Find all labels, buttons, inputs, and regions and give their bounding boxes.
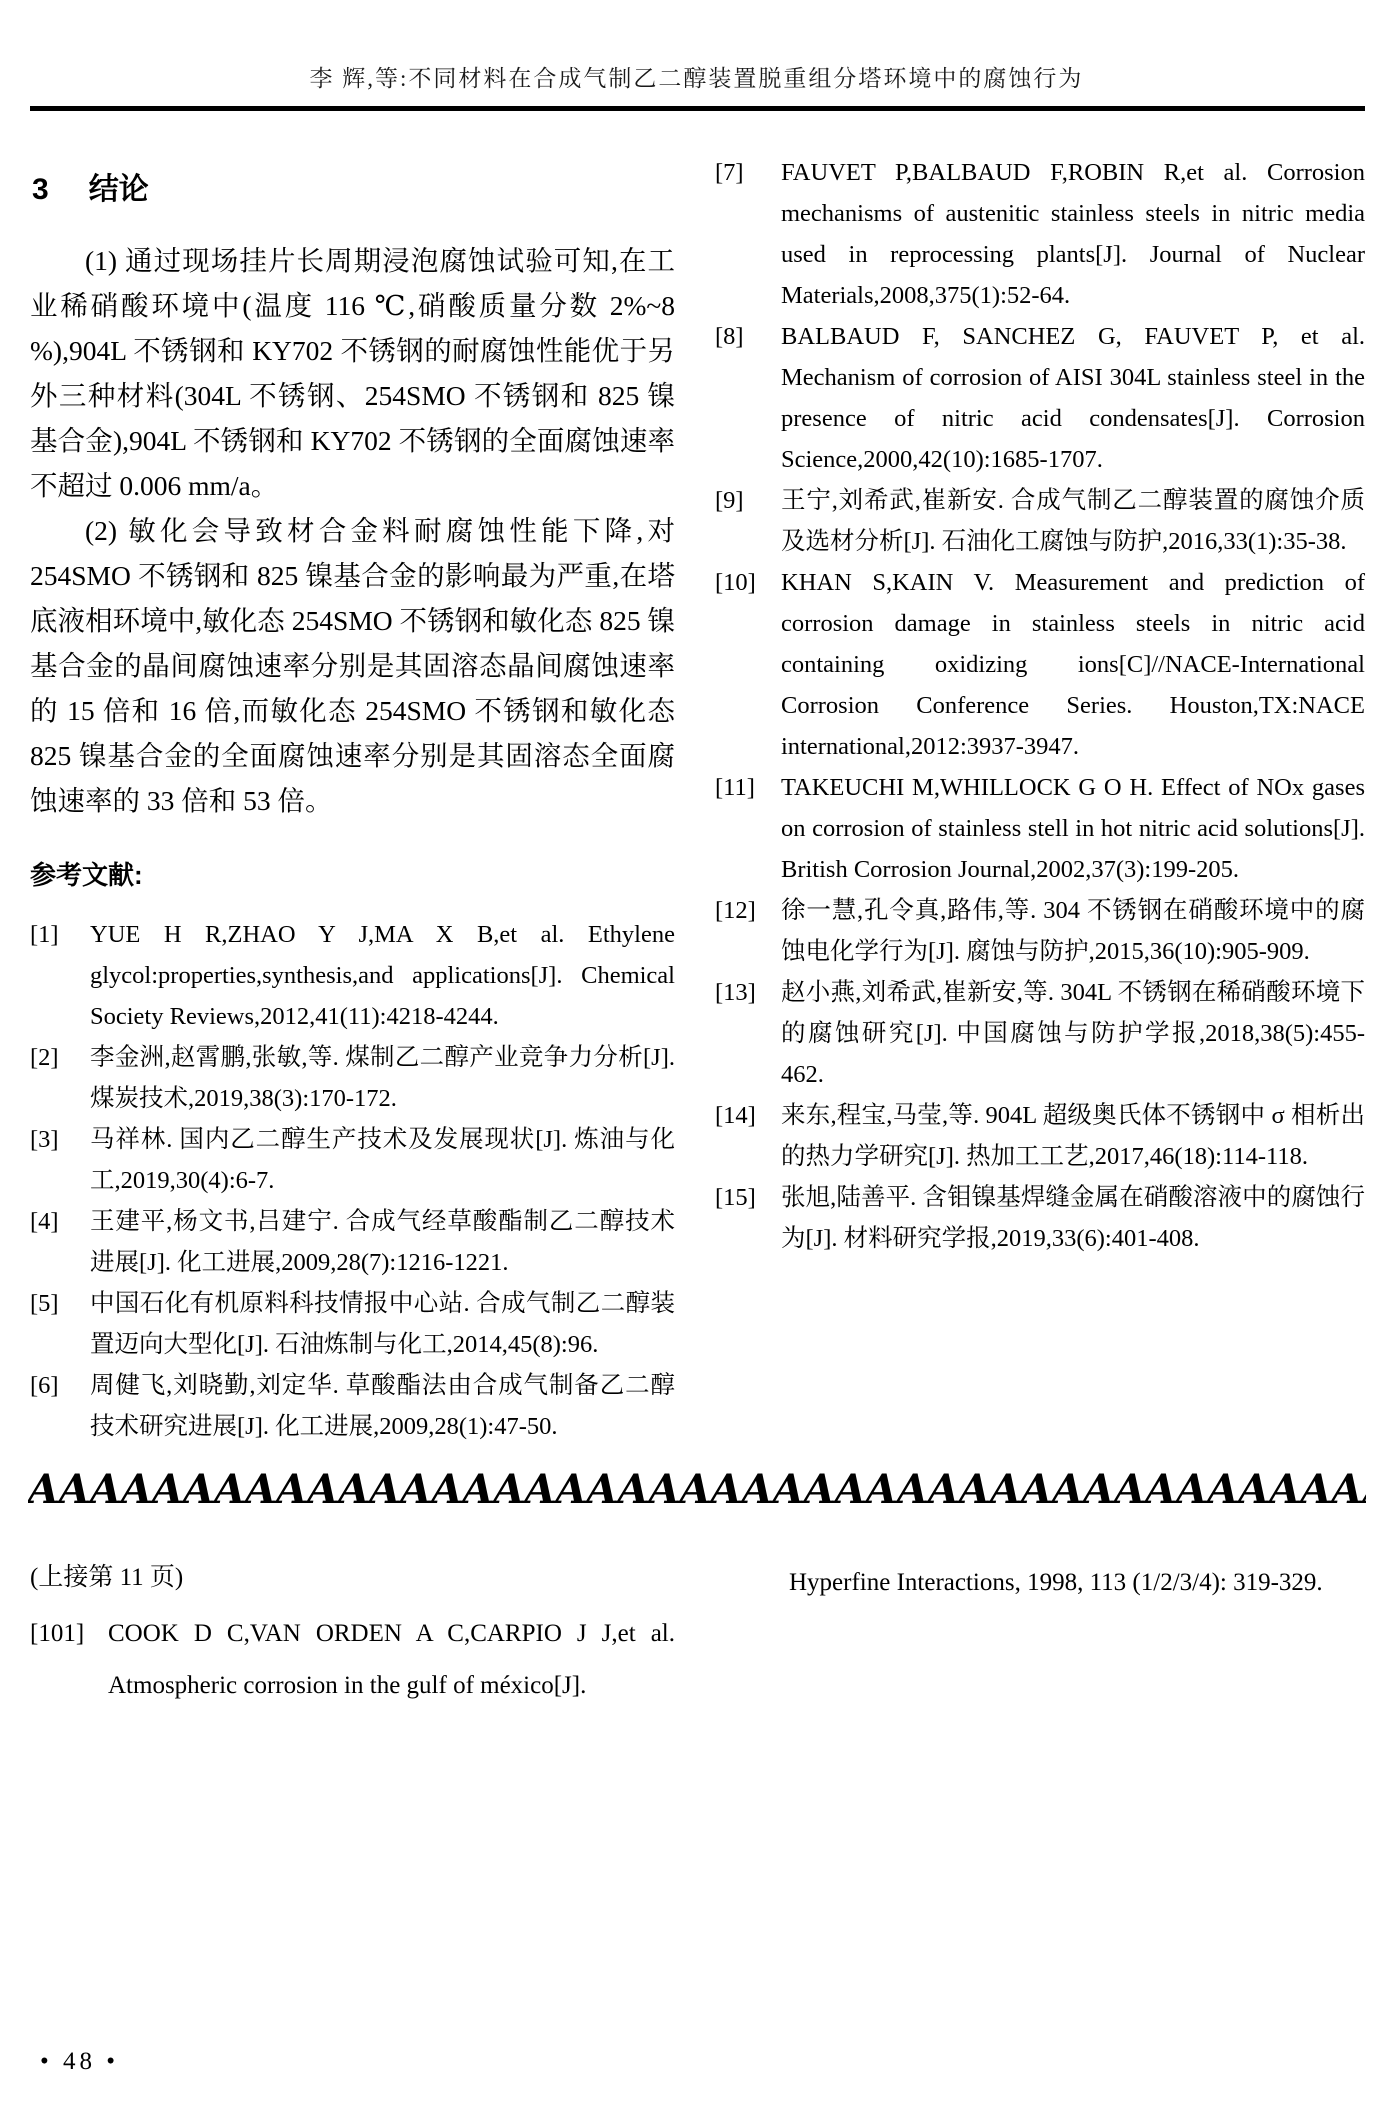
reference-number: [15] xyxy=(715,1177,756,1218)
reference-item-5: [5] 中国石化有机原料科技情报中心站. 合成气制乙二醇装置迈向大型化[J]. … xyxy=(30,1283,675,1365)
two-column-body: 3 结论 (1) 通过现场挂片长周期浸泡腐蚀试验可知,在工业稀硝酸环境中(温度 … xyxy=(30,148,1365,1447)
reference-number: [101] xyxy=(30,1608,84,1660)
reference-number: [7] xyxy=(715,152,744,193)
reference-text: 赵小燕,刘希武,崔新安,等. 304L 不锈钢在稀硝酸环境下的腐蚀研究[J]. … xyxy=(781,979,1365,1088)
reference-text: KHAN S,KAIN V. Measurement and predictio… xyxy=(781,569,1365,760)
references-heading: 参考文献: xyxy=(30,855,675,892)
reference-text: 周健飞,刘晓勤,刘定华. 草酸酯法由合成气制备乙二醇技术研究进展[J]. 化工进… xyxy=(90,1372,675,1440)
reference-number: [13] xyxy=(715,972,756,1013)
section-heading: 3 结论 xyxy=(32,164,675,208)
running-title: 李 辉,等:不同材料在合成气制乙二醇装置脱重组分塔环境中的腐蚀行为 xyxy=(0,60,1393,93)
reference-number: [14] xyxy=(715,1095,756,1136)
reference-item-10: [10] KHAN S,KAIN V. Measurement and pred… xyxy=(715,562,1365,767)
reference-item-101: [101] COOK D C,VAN ORDEN A C,CARPIO J J,… xyxy=(30,1608,675,1712)
section-title: 结论 xyxy=(89,164,149,208)
page-number: • 48 • xyxy=(40,2048,119,2076)
reference-number: [12] xyxy=(715,890,756,931)
reference-item-12: [12] 徐一慧,孔令真,路伟,等. 304 不锈钢在硝酸环境中的腐蚀电化学行为… xyxy=(715,890,1365,972)
reference-text-continuation: Hyperfine Interactions, 1998, 113 (1/2/3… xyxy=(715,1558,1365,1608)
reference-text: YUE H R,ZHAO Y J,MA X B,et al. Ethylene … xyxy=(90,921,675,1030)
reference-text: COOK D C,VAN ORDEN A C,CARPIO J J,et al.… xyxy=(108,1620,675,1699)
reference-text: 王建平,杨文书,吕建宁. 合成气经草酸酯制乙二醇技术进展[J]. 化工进展,20… xyxy=(90,1208,675,1276)
reference-text: 张旭,陆善平. 含钼镍基焊缝金属在硝酸溶液中的腐蚀行为[J]. 材料研究学报,2… xyxy=(781,1184,1365,1252)
reference-item-14: [14] 来东,程宝,马莹,等. 904L 超级奥氏体不锈钢中 σ 相析出的热力… xyxy=(715,1095,1365,1177)
reference-item-3: [3] 马祥林. 国内乙二醇生产技术及发展现状[J]. 炼油与化工,2019,3… xyxy=(30,1119,675,1201)
reference-number: [2] xyxy=(30,1037,59,1078)
reference-item-1: [1] YUE H R,ZHAO Y J,MA X B,et al. Ethyl… xyxy=(30,914,675,1037)
reference-item-2: [2] 李金洲,赵霄鹏,张敏,等. 煤制乙二醇产业竞争力分析[J]. 煤炭技术,… xyxy=(30,1037,675,1119)
reference-number: [6] xyxy=(30,1365,59,1406)
continued-left-column: (上接第 11 页) [101] COOK D C,VAN ORDEN A C,… xyxy=(30,1556,675,1712)
reference-number: [4] xyxy=(30,1201,59,1242)
reference-number: [3] xyxy=(30,1119,59,1160)
reference-item-7: [7] FAUVET P,BALBAUD F,ROBIN R,et al. Co… xyxy=(715,152,1365,316)
reference-item-4: [4] 王建平,杨文书,吕建宁. 合成气经草酸酯制乙二醇技术进展[J]. 化工进… xyxy=(30,1201,675,1283)
reference-item-13: [13] 赵小燕,刘希武,崔新安,等. 304L 不锈钢在稀硝酸环境下的腐蚀研究… xyxy=(715,972,1365,1095)
continued-from-note: (上接第 11 页) xyxy=(30,1556,675,1600)
reference-item-6: [6] 周健飞,刘晓勤,刘定华. 草酸酯法由合成气制备乙二醇技术研究进展[J].… xyxy=(30,1365,675,1447)
reference-text: FAUVET P,BALBAUD F,ROBIN R,et al. Corros… xyxy=(781,159,1365,309)
reference-number: [8] xyxy=(715,316,744,357)
zigzag-separator: AAAAAAAAAAAAAAAAAAAAAAAAAAAAAAAAAAAAAAAA… xyxy=(28,1468,1366,1516)
reference-text: 李金洲,赵霄鹏,张敏,等. 煤制乙二醇产业竞争力分析[J]. 煤炭技术,2019… xyxy=(90,1044,675,1112)
reference-number: [5] xyxy=(30,1283,59,1324)
reference-item-15: [15] 张旭,陆善平. 含钼镍基焊缝金属在硝酸溶液中的腐蚀行为[J]. 材料研… xyxy=(715,1177,1365,1259)
right-column: [7] FAUVET P,BALBAUD F,ROBIN R,et al. Co… xyxy=(715,148,1365,1447)
section-number: 3 xyxy=(32,173,49,207)
reference-text: 中国石化有机原料科技情报中心站. 合成气制乙二醇装置迈向大型化[J]. 石油炼制… xyxy=(90,1290,675,1358)
reference-text: 马祥林. 国内乙二醇生产技术及发展现状[J]. 炼油与化工,2019,30(4)… xyxy=(90,1126,675,1194)
reference-item-11: [11] TAKEUCHI M,WHILLOCK G O H. Effect o… xyxy=(715,767,1365,890)
reference-text: 来东,程宝,马莹,等. 904L 超级奥氏体不锈钢中 σ 相析出的热力学研究[J… xyxy=(781,1102,1365,1170)
continued-right-column: Hyperfine Interactions, 1998, 113 (1/2/3… xyxy=(715,1556,1365,1712)
conclusion-paragraph-1: (1) 通过现场挂片长周期浸泡腐蚀试验可知,在工业稀硝酸环境中(温度 116 ℃… xyxy=(30,238,675,508)
reference-number: [11] xyxy=(715,767,755,808)
header-rule xyxy=(30,106,1365,111)
reference-number: [10] xyxy=(715,562,756,603)
reference-text: 王宁,刘希武,崔新安. 合成气制乙二醇装置的腐蚀介质及选材分析[J]. 石油化工… xyxy=(781,487,1365,555)
left-column: 3 结论 (1) 通过现场挂片长周期浸泡腐蚀试验可知,在工业稀硝酸环境中(温度 … xyxy=(30,148,675,1447)
journal-page: 李 辉,等:不同材料在合成气制乙二醇装置脱重组分塔环境中的腐蚀行为 3 结论 (… xyxy=(0,0,1393,2113)
continued-section: (上接第 11 页) [101] COOK D C,VAN ORDEN A C,… xyxy=(30,1556,1365,1712)
conclusion-paragraph-2: (2) 敏化会导致材合金料耐腐蚀性能下降,对 254SMO 不锈钢和 825 镍… xyxy=(30,508,675,823)
reference-number: [1] xyxy=(30,914,59,955)
reference-item-9: [9] 王宁,刘希武,崔新安. 合成气制乙二醇装置的腐蚀介质及选材分析[J]. … xyxy=(715,480,1365,562)
reference-text: TAKEUCHI M,WHILLOCK G O H. Effect of NOx… xyxy=(781,774,1365,883)
reference-item-8: [8] BALBAUD F, SANCHEZ G, FAUVET P, et a… xyxy=(715,316,1365,480)
reference-text: BALBAUD F, SANCHEZ G, FAUVET P, et al. M… xyxy=(781,323,1365,473)
reference-text: 徐一慧,孔令真,路伟,等. 304 不锈钢在硝酸环境中的腐蚀电化学行为[J]. … xyxy=(781,897,1365,965)
reference-number: [9] xyxy=(715,480,744,521)
